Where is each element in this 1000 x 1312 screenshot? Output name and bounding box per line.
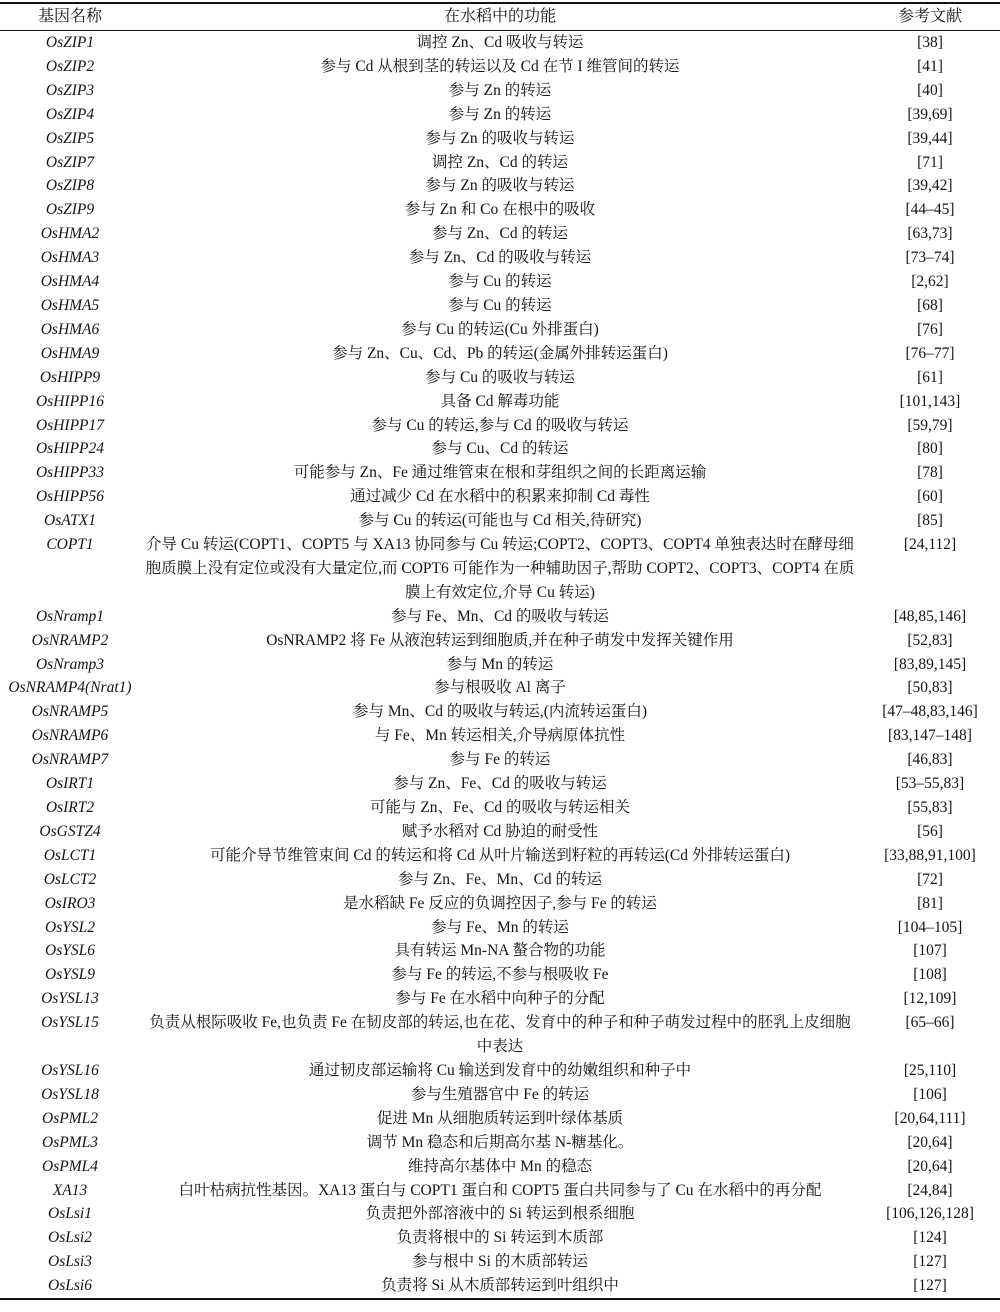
reference-cell: [76] — [860, 318, 1000, 342]
gene-function-cell: 参与 Cu 的转运,参与 Cd 的吸收与转运 — [140, 414, 860, 438]
gene-function-cell: 参与 Zn 和 Co 在根中的吸收 — [140, 198, 860, 222]
gene-function-cell: 负责将 Si 从木质部转运到叶组织中 — [140, 1274, 860, 1299]
table-row: OsZIP5参与 Zn 的吸收与转运[39,44] — [0, 127, 1000, 151]
gene-name-cell: OsNramp3 — [0, 653, 140, 677]
table-row: OsPML4维持高尔基体中 Mn 的稳态[20,64] — [0, 1155, 1000, 1179]
table-row: OsLCT2参与 Zn、Fe、Mn、Cd 的转运[72] — [0, 868, 1000, 892]
table-row: OsHIPP17参与 Cu 的转运,参与 Cd 的吸收与转运[59,79] — [0, 414, 1000, 438]
gene-name-cell: OsNramp1 — [0, 605, 140, 629]
reference-cell: [20,64,111] — [860, 1107, 1000, 1131]
gene-function-cell: 是水稻缺 Fe 反应的负调控因子,参与 Fe 的转运 — [140, 892, 860, 916]
table-row: OsHMA5参与 Cu 的转运[68] — [0, 294, 1000, 318]
gene-name-cell: OsIRT2 — [0, 796, 140, 820]
gene-name-cell: OsNRAMP2 — [0, 629, 140, 653]
table-row: OsYSL2参与 Fe、Mn 的转运[104–105] — [0, 916, 1000, 940]
gene-function-cell: 具有转运 Mn-NA 螯合物的功能 — [140, 939, 860, 963]
gene-function-cell: 与 Fe、Mn 转运相关,介导病原体抗性 — [140, 724, 860, 748]
table-header: 基因名称 在水稻中的功能 参考文献 — [0, 3, 1000, 31]
gene-name-cell: OsYSL9 — [0, 963, 140, 987]
table-row: OsNRAMP5参与 Mn、Cd 的吸收与转运,(内流转运蛋白)[47–48,8… — [0, 700, 1000, 724]
gene-function-cell: 通过减少 Cd 在水稻中的积累来抑制 Cd 毒性 — [140, 485, 860, 509]
gene-name-cell: OsHMA3 — [0, 246, 140, 270]
table-row: COPT1介导 Cu 转运(COPT1、COPT5 与 XA13 协同参与 Cu… — [0, 533, 1000, 605]
gene-function-cell: 负责把外部溶液中的 Si 转运到根系细胞 — [140, 1202, 860, 1226]
table-row: XA13白叶枯病抗性基因。XA13 蛋白与 COPT1 蛋白和 COPT5 蛋白… — [0, 1179, 1000, 1203]
gene-table-body: OsZIP1调控 Zn、Cd 吸收与转运[38]OsZIP2参与 Cd 从根到茎… — [0, 31, 1000, 1300]
reference-cell: [40] — [860, 79, 1000, 103]
table-row: OsGSTZ4赋予水稻对 Cd 胁迫的耐受性[56] — [0, 820, 1000, 844]
reference-cell: [106] — [860, 1083, 1000, 1107]
table-row: OsHIPP9参与 Cu 的吸收与转运[61] — [0, 366, 1000, 390]
reference-cell: [127] — [860, 1274, 1000, 1299]
gene-function-cell: 参与 Fe、Mn、Cd 的吸收与转运 — [140, 605, 860, 629]
header-row: 基因名称 在水稻中的功能 参考文献 — [0, 3, 1000, 31]
table-row: OsPML3调节 Mn 稳态和后期高尔基 N-糖基化。[20,64] — [0, 1131, 1000, 1155]
gene-function-cell: 参与 Fe 的转运,不参与根吸收 Fe — [140, 963, 860, 987]
reference-cell: [76–77] — [860, 342, 1000, 366]
gene-name-cell: OsPML2 — [0, 1107, 140, 1131]
reference-cell: [72] — [860, 868, 1000, 892]
gene-name-cell: OsHIPP17 — [0, 414, 140, 438]
gene-function-cell: 参与根吸收 Al 离子 — [140, 676, 860, 700]
gene-name-cell: OsYSL13 — [0, 987, 140, 1011]
reference-cell: [24,112] — [860, 533, 1000, 605]
table-row: OsZIP2参与 Cd 从根到茎的转运以及 Cd 在节 I 维管间的转运[41] — [0, 55, 1000, 79]
gene-name-cell: OsNRAMP4(Nrat1) — [0, 676, 140, 700]
table-row: OsIRT2可能与 Zn、Fe、Cd 的吸收与转运相关[55,83] — [0, 796, 1000, 820]
gene-function-cell: 介导 Cu 转运(COPT1、COPT5 与 XA13 协同参与 Cu 转运;C… — [140, 533, 860, 605]
reference-cell: [59,79] — [860, 414, 1000, 438]
table-row: OsZIP4参与 Zn 的转运[39,69] — [0, 103, 1000, 127]
table-row: OsZIP7调控 Zn、Cd 的转运[71] — [0, 151, 1000, 175]
reference-cell: [20,64] — [860, 1155, 1000, 1179]
table-row: OsZIP3参与 Zn 的转运[40] — [0, 79, 1000, 103]
gene-function-cell: 参与 Zn、Cd 的转运 — [140, 222, 860, 246]
gene-name-cell: OsLsi2 — [0, 1226, 140, 1250]
gene-name-cell: OsLsi1 — [0, 1202, 140, 1226]
reference-cell: [104–105] — [860, 916, 1000, 940]
reference-cell: [46,83] — [860, 748, 1000, 772]
gene-name-cell: OsIRO3 — [0, 892, 140, 916]
table-row: OsYSL15负责从根际吸收 Fe,也负责 Fe 在韧皮部的转运,也在花、发育中… — [0, 1011, 1000, 1059]
reference-cell: [48,85,146] — [860, 605, 1000, 629]
gene-name-cell: COPT1 — [0, 533, 140, 605]
table-row: OsNramp3参与 Mn 的转运[83,89,145] — [0, 653, 1000, 677]
table-row: OsHMA2参与 Zn、Cd 的转运[63,73] — [0, 222, 1000, 246]
gene-name-cell: OsZIP1 — [0, 31, 140, 55]
table-row: OsHIPP24参与 Cu、Cd 的转运[80] — [0, 437, 1000, 461]
table-row: OsLsi3参与根中 Si 的木质部转运[127] — [0, 1250, 1000, 1274]
gene-name-cell: OsZIP2 — [0, 55, 140, 79]
reference-cell: [39,42] — [860, 174, 1000, 198]
gene-function-cell: 参与 Zn 的吸收与转运 — [140, 127, 860, 151]
table-row: OsHIPP33可能参与 Zn、Fe 通过维管束在根和芽组织之间的长距离运输[7… — [0, 461, 1000, 485]
reference-cell: [53–55,83] — [860, 772, 1000, 796]
gene-name-cell: OsLsi3 — [0, 1250, 140, 1274]
gene-function-cell: 可能参与 Zn、Fe 通过维管束在根和芽组织之间的长距离运输 — [140, 461, 860, 485]
reference-cell: [52,83] — [860, 629, 1000, 653]
reference-cell: [12,109] — [860, 987, 1000, 1011]
gene-function-cell: 参与 Zn 的转运 — [140, 103, 860, 127]
gene-function-cell: 参与 Zn 的转运 — [140, 79, 860, 103]
reference-cell: [80] — [860, 437, 1000, 461]
reference-cell: [56] — [860, 820, 1000, 844]
reference-cell: [38] — [860, 31, 1000, 55]
gene-name-cell: OsHMA9 — [0, 342, 140, 366]
reference-cell: [81] — [860, 892, 1000, 916]
reference-cell: [47–48,83,146] — [860, 700, 1000, 724]
table-row: OsNRAMP7参与 Fe 的转运[46,83] — [0, 748, 1000, 772]
table-row: OsZIP1调控 Zn、Cd 吸收与转运[38] — [0, 31, 1000, 55]
gene-name-cell: OsHIPP33 — [0, 461, 140, 485]
reference-cell: [20,64] — [860, 1131, 1000, 1155]
reference-cell: [61] — [860, 366, 1000, 390]
gene-function-cell: 参与 Zn、Fe、Cd 的吸收与转运 — [140, 772, 860, 796]
gene-name-cell: XA13 — [0, 1179, 140, 1203]
reference-cell: [108] — [860, 963, 1000, 987]
reference-cell: [106,126,128] — [860, 1202, 1000, 1226]
table-row: OsHMA6参与 Cu 的转运(Cu 外排蛋白)[76] — [0, 318, 1000, 342]
reference-cell: [101,143] — [860, 390, 1000, 414]
table-row: OsYSL18参与生殖器官中 Fe 的转运[106] — [0, 1083, 1000, 1107]
gene-name-cell: OsNRAMP7 — [0, 748, 140, 772]
gene-name-cell: OsHMA4 — [0, 270, 140, 294]
table-row: OsNramp1参与 Fe、Mn、Cd 的吸收与转运[48,85,146] — [0, 605, 1000, 629]
gene-name-cell: OsYSL2 — [0, 916, 140, 940]
gene-function-cell: 具备 Cd 解毒功能 — [140, 390, 860, 414]
reference-cell: [25,110] — [860, 1059, 1000, 1083]
table-row: OsIRT1参与 Zn、Fe、Cd 的吸收与转运[53–55,83] — [0, 772, 1000, 796]
gene-function-cell: 维持高尔基体中 Mn 的稳态 — [140, 1155, 860, 1179]
gene-function-cell: OsNRAMP2 将 Fe 从液泡转运到细胞质,并在种子萌发中发挥关键作用 — [140, 629, 860, 653]
gene-function-cell: 参与 Cu 的吸收与转运 — [140, 366, 860, 390]
table-row: OsZIP8参与 Zn 的吸收与转运[39,42] — [0, 174, 1000, 198]
table-row: OsYSL16通过韧皮部运输将 Cu 输送到发育中的幼嫩组织和种子中[25,11… — [0, 1059, 1000, 1083]
reference-cell: [33,88,91,100] — [860, 844, 1000, 868]
reference-cell: [83,147–148] — [860, 724, 1000, 748]
gene-name-cell: OsLCT1 — [0, 844, 140, 868]
gene-name-cell: OsHIPP56 — [0, 485, 140, 509]
gene-name-cell: OsPML3 — [0, 1131, 140, 1155]
table-row: OsNRAMP6与 Fe、Mn 转运相关,介导病原体抗性[83,147–148] — [0, 724, 1000, 748]
reference-cell: [73–74] — [860, 246, 1000, 270]
reference-cell: [50,83] — [860, 676, 1000, 700]
gene-name-cell: OsYSL18 — [0, 1083, 140, 1107]
reference-cell: [60] — [860, 485, 1000, 509]
gene-function-cell: 参与 Cu、Cd 的转运 — [140, 437, 860, 461]
reference-cell: [127] — [860, 1250, 1000, 1274]
reference-cell: [71] — [860, 151, 1000, 175]
table-row: OsIRO3是水稻缺 Fe 反应的负调控因子,参与 Fe 的转运[81] — [0, 892, 1000, 916]
gene-function-cell: 调控 Zn、Cd 吸收与转运 — [140, 31, 860, 55]
table-row: OsNRAMP2OsNRAMP2 将 Fe 从液泡转运到细胞质,并在种子萌发中发… — [0, 629, 1000, 653]
table-row: OsLsi2负责将根中的 Si 转运到木质部[124] — [0, 1226, 1000, 1250]
table-row: OsZIP9参与 Zn 和 Co 在根中的吸收[44–45] — [0, 198, 1000, 222]
table-row: OsHIPP16具备 Cd 解毒功能[101,143] — [0, 390, 1000, 414]
gene-name-cell: OsGSTZ4 — [0, 820, 140, 844]
table-row: OsHMA4参与 Cu 的转运[2,62] — [0, 270, 1000, 294]
gene-function-cell: 参与 Zn、Cu、Cd、Pb 的转运(金属外排转运蛋白) — [140, 342, 860, 366]
reference-cell: [55,83] — [860, 796, 1000, 820]
column-header-function: 在水稻中的功能 — [140, 3, 860, 31]
gene-function-cell: 参与根中 Si 的木质部转运 — [140, 1250, 860, 1274]
gene-function-cell: 负责从根际吸收 Fe,也负责 Fe 在韧皮部的转运,也在花、发育中的种子和种子萌… — [140, 1011, 860, 1059]
gene-name-cell: OsHMA2 — [0, 222, 140, 246]
reference-cell: [41] — [860, 55, 1000, 79]
table-row: OsHMA9参与 Zn、Cu、Cd、Pb 的转运(金属外排转运蛋白)[76–77… — [0, 342, 1000, 366]
gene-function-cell: 赋予水稻对 Cd 胁迫的耐受性 — [140, 820, 860, 844]
reference-cell: [68] — [860, 294, 1000, 318]
gene-function-cell: 可能与 Zn、Fe、Cd 的吸收与转运相关 — [140, 796, 860, 820]
gene-function-cell: 参与 Fe、Mn 的转运 — [140, 916, 860, 940]
gene-function-cell: 促进 Mn 从细胞质转运到叶绿体基质 — [140, 1107, 860, 1131]
reference-cell: [63,73] — [860, 222, 1000, 246]
paper-table-page: 基因名称 在水稻中的功能 参考文献 OsZIP1调控 Zn、Cd 吸收与转运[3… — [0, 0, 1000, 1300]
table-row: OsNRAMP4(Nrat1)参与根吸收 Al 离子[50,83] — [0, 676, 1000, 700]
gene-function-cell: 参与 Cd 从根到茎的转运以及 Cd 在节 I 维管间的转运 — [140, 55, 860, 79]
gene-function-cell: 调控 Zn、Cd 的转运 — [140, 151, 860, 175]
reference-cell: [85] — [860, 509, 1000, 533]
gene-name-cell: OsNRAMP5 — [0, 700, 140, 724]
reference-cell: [24,84] — [860, 1179, 1000, 1203]
gene-name-cell: OsYSL6 — [0, 939, 140, 963]
gene-function-cell: 参与生殖器官中 Fe 的转运 — [140, 1083, 860, 1107]
reference-cell: [107] — [860, 939, 1000, 963]
gene-function-cell: 参与 Fe 在水稻中向种子的分配 — [140, 987, 860, 1011]
gene-name-cell: OsZIP5 — [0, 127, 140, 151]
gene-name-cell: OsZIP4 — [0, 103, 140, 127]
gene-function-cell: 参与 Fe 的转运 — [140, 748, 860, 772]
table-row: OsYSL6具有转运 Mn-NA 螯合物的功能[107] — [0, 939, 1000, 963]
reference-cell: [2,62] — [860, 270, 1000, 294]
gene-name-cell: OsPML4 — [0, 1155, 140, 1179]
gene-function-cell: 参与 Cu 的转运(Cu 外排蛋白) — [140, 318, 860, 342]
gene-name-cell: OsHIPP9 — [0, 366, 140, 390]
gene-name-cell: OsNRAMP6 — [0, 724, 140, 748]
gene-function-table: 基因名称 在水稻中的功能 参考文献 OsZIP1调控 Zn、Cd 吸收与转运[3… — [0, 2, 1000, 1300]
table-row: OsLsi1负责把外部溶液中的 Si 转运到根系细胞[106,126,128] — [0, 1202, 1000, 1226]
gene-name-cell: OsHMA6 — [0, 318, 140, 342]
gene-function-cell: 参与 Cu 的转运 — [140, 270, 860, 294]
gene-name-cell: OsZIP8 — [0, 174, 140, 198]
reference-cell: [39,69] — [860, 103, 1000, 127]
gene-name-cell: OsYSL15 — [0, 1011, 140, 1059]
gene-function-cell: 白叶枯病抗性基因。XA13 蛋白与 COPT1 蛋白和 COPT5 蛋白共同参与… — [140, 1179, 860, 1203]
gene-name-cell: OsHMA5 — [0, 294, 140, 318]
gene-name-cell: OsIRT1 — [0, 772, 140, 796]
reference-cell: [65–66] — [860, 1011, 1000, 1059]
gene-name-cell: OsZIP3 — [0, 79, 140, 103]
table-row: OsPML2促进 Mn 从细胞质转运到叶绿体基质[20,64,111] — [0, 1107, 1000, 1131]
gene-name-cell: OsYSL16 — [0, 1059, 140, 1083]
column-header-gene-name: 基因名称 — [0, 3, 140, 31]
gene-name-cell: OsLCT2 — [0, 868, 140, 892]
gene-function-cell: 参与 Cu 的转运(可能也与 Cd 相关,待研究) — [140, 509, 860, 533]
gene-name-cell: OsLsi6 — [0, 1274, 140, 1299]
table-row: OsYSL13参与 Fe 在水稻中向种子的分配[12,109] — [0, 987, 1000, 1011]
table-row: OsHMA3参与 Zn、Cd 的吸收与转运[73–74] — [0, 246, 1000, 270]
gene-function-cell: 负责将根中的 Si 转运到木质部 — [140, 1226, 860, 1250]
gene-name-cell: OsHIPP16 — [0, 390, 140, 414]
reference-cell: [44–45] — [860, 198, 1000, 222]
gene-function-cell: 参与 Zn 的吸收与转运 — [140, 174, 860, 198]
table-row: OsLsi6负责将 Si 从木质部转运到叶组织中[127] — [0, 1274, 1000, 1299]
gene-function-cell: 可能介导节维管束间 Cd 的转运和将 Cd 从叶片输送到籽粒的再转运(Cd 外排… — [140, 844, 860, 868]
gene-function-cell: 参与 Zn、Fe、Mn、Cd 的转运 — [140, 868, 860, 892]
table-row: OsHIPP56通过减少 Cd 在水稻中的积累来抑制 Cd 毒性[60] — [0, 485, 1000, 509]
gene-function-cell: 参与 Mn、Cd 的吸收与转运,(内流转运蛋白) — [140, 700, 860, 724]
gene-function-cell: 调节 Mn 稳态和后期高尔基 N-糖基化。 — [140, 1131, 860, 1155]
gene-name-cell: OsHIPP24 — [0, 437, 140, 461]
reference-cell: [83,89,145] — [860, 653, 1000, 677]
gene-function-cell: 通过韧皮部运输将 Cu 输送到发育中的幼嫩组织和种子中 — [140, 1059, 860, 1083]
gene-name-cell: OsATX1 — [0, 509, 140, 533]
reference-cell: [124] — [860, 1226, 1000, 1250]
gene-name-cell: OsZIP7 — [0, 151, 140, 175]
gene-function-cell: 参与 Cu 的转运 — [140, 294, 860, 318]
table-row: OsYSL9参与 Fe 的转运,不参与根吸收 Fe[108] — [0, 963, 1000, 987]
gene-name-cell: OsZIP9 — [0, 198, 140, 222]
table-row: OsLCT1可能介导节维管束间 Cd 的转运和将 Cd 从叶片输送到籽粒的再转运… — [0, 844, 1000, 868]
gene-function-cell: 参与 Mn 的转运 — [140, 653, 860, 677]
column-header-references: 参考文献 — [860, 3, 1000, 31]
reference-cell: [39,44] — [860, 127, 1000, 151]
gene-function-cell: 参与 Zn、Cd 的吸收与转运 — [140, 246, 860, 270]
reference-cell: [78] — [860, 461, 1000, 485]
table-row: OsATX1参与 Cu 的转运(可能也与 Cd 相关,待研究)[85] — [0, 509, 1000, 533]
